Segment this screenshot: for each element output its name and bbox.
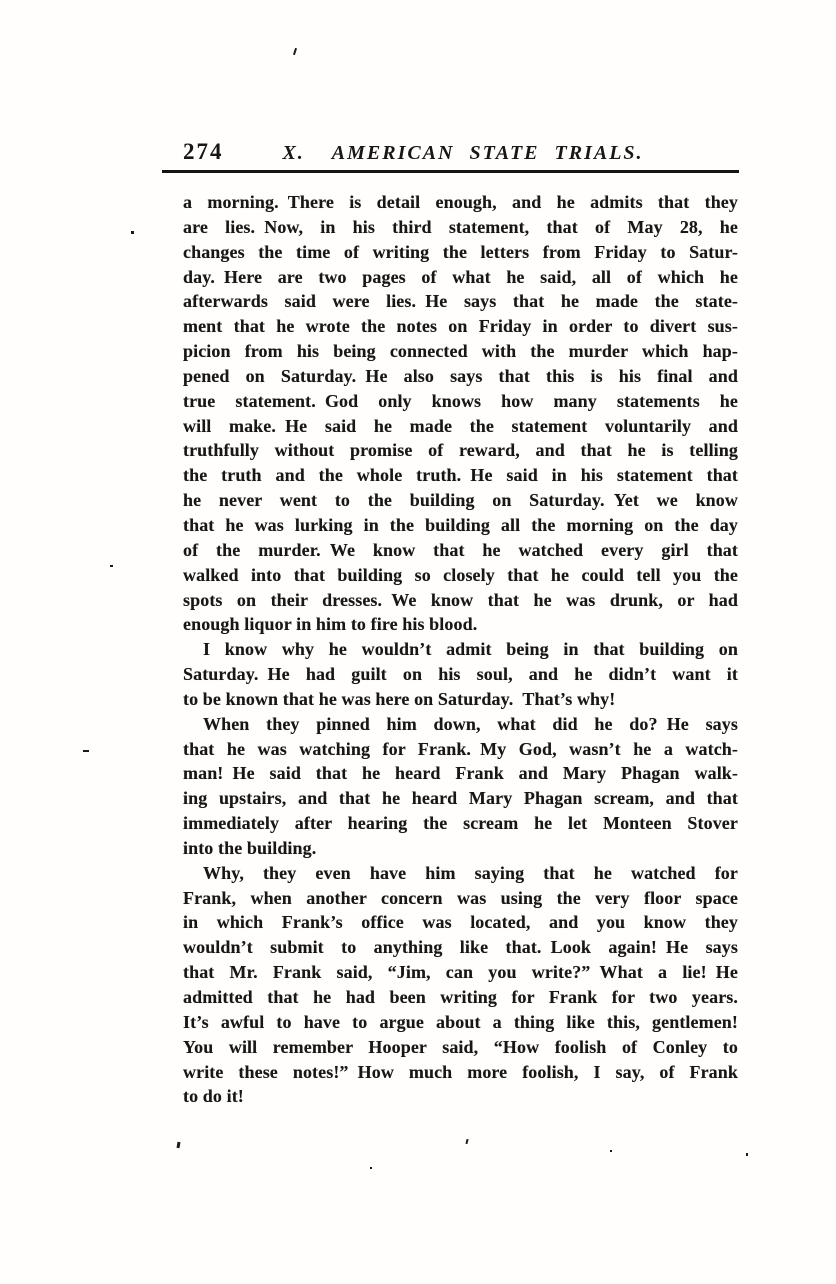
text-line: ment that he wrote the notes on Friday i… [183, 314, 738, 339]
scanned-book-page: 274 X. AMERICAN STATE TRIALS. a morning.… [0, 0, 836, 1284]
text-line: of the murder. We know that he watched e… [183, 538, 738, 563]
paragraph: a morning. There is detail enough, and h… [183, 190, 738, 637]
text-line: It’s awful to have to argue about a thin… [183, 1010, 738, 1035]
text-line: write these notes!” How much more foolis… [183, 1060, 738, 1085]
text-line: I know why he wouldn’t admit being in th… [183, 637, 738, 662]
text-line: are lies. Now, in his third statement, t… [183, 215, 738, 240]
text-line: Frank, when another concern was using th… [183, 886, 738, 911]
text-line: changes the time of writing the letters … [183, 240, 738, 265]
paragraph: When they pinned him down, what did he d… [183, 712, 738, 861]
scan-noise-speck [293, 48, 297, 55]
text-line: to do it! [183, 1084, 738, 1109]
text-line: that he was lurking in the building all … [183, 513, 738, 538]
text-line: man! He said that he heard Frank and Mar… [183, 761, 738, 786]
page-body: a morning. There is detail enough, and h… [183, 190, 738, 1109]
text-line: picion from his being connected with the… [183, 339, 738, 364]
text-line: to be known that he was here on Saturday… [183, 687, 738, 712]
scan-noise-speck [83, 750, 89, 752]
scan-noise-speck [746, 1153, 748, 1156]
text-line: wouldn’t submit to anything like that. L… [183, 935, 738, 960]
scan-noise-speck [465, 1139, 468, 1144]
text-line: afterwards said were lies. He says that … [183, 289, 738, 314]
scan-noise-speck [131, 231, 134, 234]
scan-noise-speck [610, 1150, 612, 1152]
text-line: will make. He said he made the statement… [183, 414, 738, 439]
text-line: When they pinned him down, what did he d… [183, 712, 738, 737]
text-line: Why, they even have him saying that he w… [183, 861, 738, 886]
header-rule [162, 170, 739, 173]
text-line: immediately after hearing the scream he … [183, 811, 738, 836]
text-line: walked into that building so closely tha… [183, 563, 738, 588]
text-line: admitted that he had been writing for Fr… [183, 985, 738, 1010]
page-header: 274 X. AMERICAN STATE TRIALS. [162, 132, 742, 163]
paragraph: Why, they even have him saying that he w… [183, 861, 738, 1109]
text-line: in which Frank’s office was located, and… [183, 910, 738, 935]
running-title: X. AMERICAN STATE TRIALS. [162, 143, 742, 163]
text-line: You will remember Hooper said, “How fool… [183, 1035, 738, 1060]
text-line: day. Here are two pages of what he said,… [183, 265, 738, 290]
text-line: Saturday. He had guilt on his soul, and … [183, 662, 738, 687]
paragraph: I know why he wouldn’t admit being in th… [183, 637, 738, 712]
scan-noise-speck [110, 565, 113, 567]
scan-noise-speck [370, 1167, 372, 1169]
text-line: spots on their dresses. We know that he … [183, 588, 738, 613]
text-line: a morning. There is detail enough, and h… [183, 190, 738, 215]
text-line: the truth and the whole truth. He said i… [183, 463, 738, 488]
text-line: enough liquor in him to fire his blood. [183, 612, 738, 637]
scan-noise-speck [177, 1142, 181, 1148]
text-line: true statement. God only knows how many … [183, 389, 738, 414]
text-line: he never went to the building on Saturda… [183, 488, 738, 513]
text-line: pened on Saturday. He also says that thi… [183, 364, 738, 389]
text-line: truthfully without promise of reward, an… [183, 438, 738, 463]
text-line: that Mr. Frank said, “Jim, can you write… [183, 960, 738, 985]
text-line: into the building. [183, 836, 738, 861]
text-line: that he was watching for Frank. My God, … [183, 737, 738, 762]
text-line: ing upstairs, and that he heard Mary Pha… [183, 786, 738, 811]
